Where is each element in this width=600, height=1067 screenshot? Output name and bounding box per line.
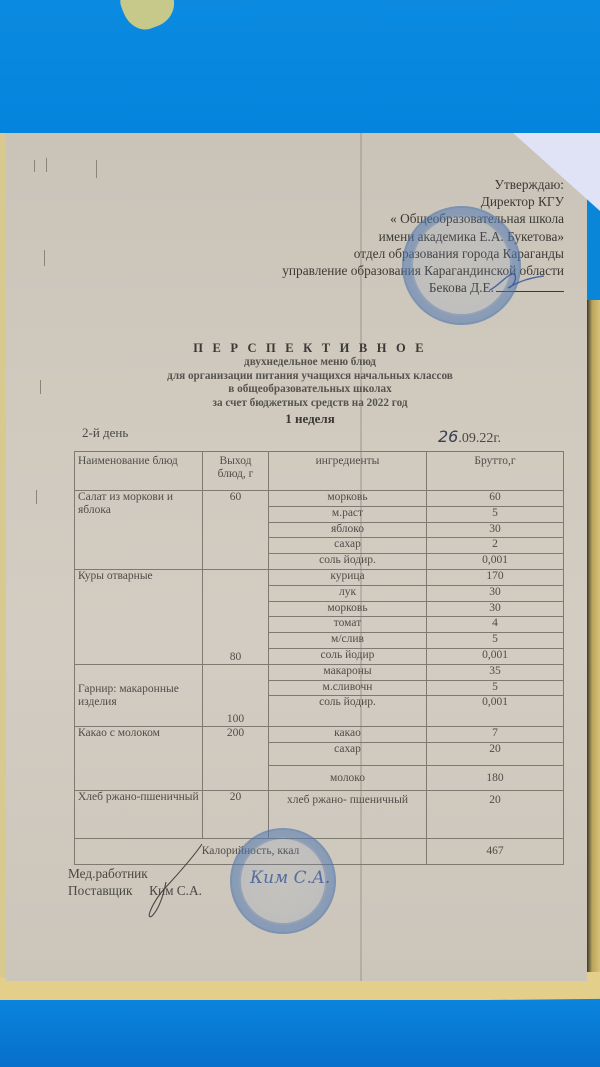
- ingredient-gross: 2: [427, 538, 564, 554]
- ingredient-gross: 5: [427, 633, 564, 649]
- stamp-signature: Ким С.А.: [250, 868, 330, 888]
- table-row: Какао с молоком200какао7: [75, 727, 564, 743]
- ingredient-gross: 20: [427, 791, 564, 839]
- signature-icon: [488, 268, 548, 298]
- ingredient-gross: 30: [427, 601, 564, 617]
- ingredient-name: лук: [269, 585, 427, 601]
- day-label: 2-й день: [82, 425, 128, 441]
- table-row: Куры отварные80курица170: [75, 569, 564, 585]
- title-sub: для организации питания учащихся начальн…: [100, 370, 520, 384]
- header-ingredients: ингредиенты: [269, 452, 427, 491]
- wall-bottom: [0, 1000, 600, 1067]
- tick-mark: [40, 380, 41, 394]
- menu-table: Наименование блюд Выход блюд, г ингредие…: [74, 451, 564, 865]
- document-title: П Е Р С П Е К Т И В Н О Е двухнедельное …: [100, 341, 520, 427]
- dish-yield: 60: [203, 491, 269, 570]
- ingredient-gross: 0,001: [427, 554, 564, 570]
- tick-mark: [34, 160, 35, 172]
- header-dish: Наименование блюд: [75, 452, 203, 491]
- approval-line: Директор КГУ: [224, 193, 564, 210]
- date-label: 26.09.22г.: [438, 427, 501, 447]
- ingredient-gross: 35: [427, 664, 564, 680]
- approval-line: Утверждаю:: [224, 176, 564, 193]
- ingredient-name: курица: [269, 569, 427, 585]
- ingredient-gross: 30: [427, 585, 564, 601]
- official-stamp: [402, 206, 521, 325]
- ingredient-gross: 20: [427, 743, 564, 766]
- ingredient-name: соль йодир.: [269, 696, 427, 727]
- dish-yield: 100: [203, 664, 269, 727]
- wall-top: [0, 0, 600, 135]
- title-main: П Е Р С П Е К Т И В Н О Е: [100, 341, 520, 356]
- table-row: Гарнир: макаронные изделия100макароны35: [75, 664, 564, 680]
- dish-name: Гарнир: макаронные изделия: [75, 664, 203, 727]
- title-sub: двухнедельное меню блюд: [100, 356, 520, 370]
- ingredient-name: томат: [269, 617, 427, 633]
- ingredient-name: соль йодир: [269, 648, 427, 664]
- tick-mark: [36, 490, 37, 504]
- table-row: Хлеб ржано-пшеничный20хлеб ржано- пшенич…: [75, 791, 564, 839]
- ingredient-name: морковь: [269, 491, 427, 507]
- ingredient-name: сахар: [269, 538, 427, 554]
- dish-yield: 200: [203, 727, 269, 791]
- ingredient-gross: 5: [427, 506, 564, 522]
- dish-name: Какао с молоком: [75, 727, 203, 791]
- table-header-row: Наименование блюд Выход блюд, г ингредие…: [75, 452, 564, 491]
- frame-right: [587, 300, 600, 980]
- tick-mark: [96, 160, 97, 178]
- title-sub: в общеобразовательных школах: [100, 383, 520, 397]
- ingredient-gross: 180: [427, 766, 564, 791]
- ingredient-gross: 4: [427, 617, 564, 633]
- dish-name: Салат из моркови и яблока: [75, 491, 203, 570]
- header-gross: Брутто,г: [427, 452, 564, 491]
- header-yield: Выход блюд, г: [203, 452, 269, 491]
- calories-value: 467: [427, 839, 564, 865]
- ingredient-gross: 5: [427, 680, 564, 696]
- dish-name: Хлеб ржано-пшеничный: [75, 791, 203, 839]
- tick-mark: [44, 250, 45, 266]
- week-label: 1 неделя: [100, 411, 520, 427]
- title-sub: за счет бюджетных средств на 2022 год: [100, 397, 520, 411]
- approval-line: « Общеобразовательная школа: [224, 210, 564, 227]
- ingredient-name: м/слив: [269, 633, 427, 649]
- ingredient-name: какао: [269, 727, 427, 743]
- ingredient-name: макароны: [269, 664, 427, 680]
- ingredient-name: молоко: [269, 766, 427, 791]
- dish-yield: 20: [203, 791, 269, 839]
- ingredient-gross: 7: [427, 727, 564, 743]
- table-row: Салат из моркови и яблока60морковь60: [75, 491, 564, 507]
- ingredient-gross: 30: [427, 522, 564, 538]
- ingredient-gross: 170: [427, 569, 564, 585]
- tick-mark: [46, 158, 47, 172]
- ingredient-name: соль йодир.: [269, 554, 427, 570]
- ingredient-name: яблоко: [269, 522, 427, 538]
- ingredient-name: сахар: [269, 743, 427, 766]
- signature-icon: [140, 842, 210, 922]
- ingredient-gross: 60: [427, 491, 564, 507]
- ingredient-name: м.сливочн: [269, 680, 427, 696]
- dish-name: Куры отварные: [75, 569, 203, 664]
- ingredient-name: м.раст: [269, 506, 427, 522]
- dish-yield: 80: [203, 569, 269, 664]
- ingredient-gross: 0,001: [427, 696, 564, 727]
- ingredient-name: морковь: [269, 601, 427, 617]
- ingredient-gross: 0,001: [427, 648, 564, 664]
